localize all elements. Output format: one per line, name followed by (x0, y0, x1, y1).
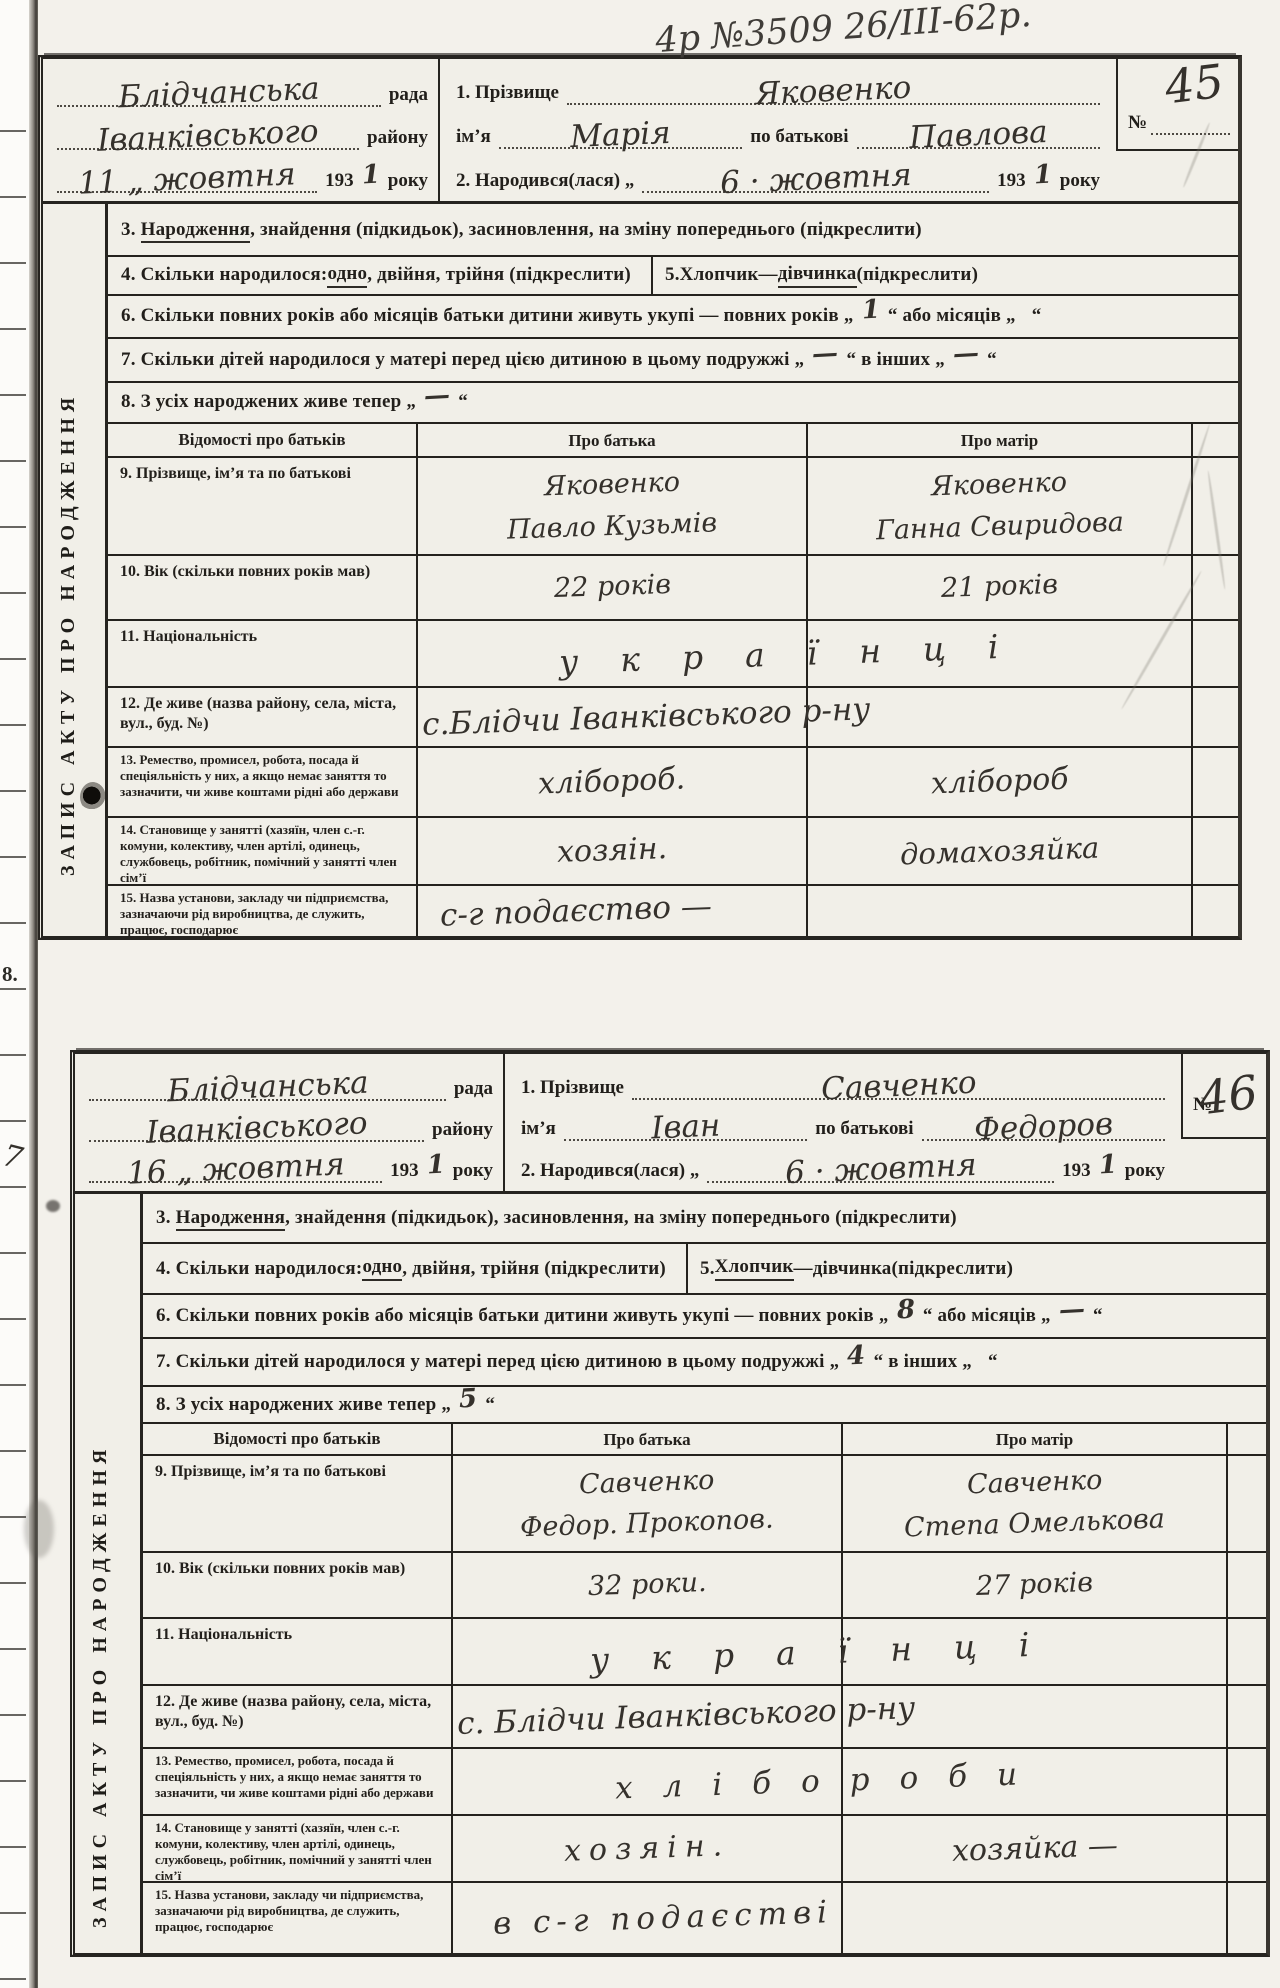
birth-record-46: ЗАПИС АКТУ ПРО НАРОДЖЕННЯ Блідчанська ра… (70, 1050, 1270, 1957)
child-name-block: 1. Прізвище Савченко ім’я Іван по батько… (505, 1054, 1181, 1191)
parents-info-header: Відомості про батьків (108, 424, 418, 456)
row12-label: 12. Де живе (назва району, села, міста, … (108, 688, 418, 746)
children-this-marriage-value: 4 (839, 1348, 874, 1365)
residence-mother-cell (808, 688, 1193, 746)
row7-pre: 7. Скільки дітей народилося у матері пер… (156, 1351, 839, 1372)
notes-column (1193, 886, 1238, 936)
row4-underlined: одно (327, 263, 367, 288)
row3-post: , знайдення (підкидьок), засиновлення, н… (250, 219, 922, 240)
row5-dash: — (794, 1258, 813, 1280)
mother-surname: Яковенко (931, 469, 1068, 502)
notes-column (1193, 748, 1238, 816)
record-number-box: № 46 (1181, 1054, 1266, 1139)
children-other-value (972, 1364, 988, 1365)
father-status-cell: хозяін. (453, 1816, 843, 1881)
notes-column (1228, 1883, 1266, 1953)
ink-blot (80, 782, 106, 812)
mother-name: Ганна Свиридова (875, 508, 1124, 545)
raion-label: району (367, 127, 428, 150)
mother-age-cell: 21 років (808, 556, 1193, 619)
residence-father-cell (453, 1686, 843, 1747)
number-line: № (1128, 112, 1230, 135)
row6-end: “ (1093, 1305, 1103, 1326)
row9-label: 9. Прізвище, ім’я та по батькові (143, 1456, 453, 1551)
row4-pre: 4. Скільки народилося: (156, 1258, 362, 1280)
residence-mother-cell (843, 1686, 1228, 1747)
row4-post: , двійня, трійня (підкреслити) (367, 264, 631, 286)
father-name: Федор. Прокопов. (520, 1505, 774, 1542)
field-children-before: 7. Скільки дітей народилося у матері пер… (108, 339, 1238, 382)
row12-label: 12. Де живе (назва району, села, міста, … (143, 1686, 453, 1747)
row15-label: 15. Назва установи, закладу чи підприємс… (108, 886, 418, 936)
notes-column (1193, 688, 1238, 746)
parents-info-header: Відомості про батьків (143, 1424, 453, 1454)
surname-line: 1. Прізвище Савченко (521, 1058, 1165, 1100)
notes-column (1228, 1456, 1266, 1551)
nationality-mother-cell (843, 1619, 1228, 1684)
field-alive-now: 8. З усіх народжених живе тепер „5“ (143, 1387, 1266, 1424)
row-parent-ages: 10. Вік (скільки повних років мав) 22 ро… (108, 556, 1238, 621)
row4-pre: 4. Скільки народилося: (121, 264, 327, 286)
birth-year-label: 1931року (997, 170, 1100, 193)
father-status: хозяін. (556, 833, 667, 868)
field-birth-type: 3. Народження, знайдення (підкидьок), за… (108, 204, 1238, 257)
page-fold-edge (29, 0, 38, 1988)
row8-pre: 8. З усіх народжених живе тепер „ (121, 391, 416, 412)
patronymic-fill: Павлова (857, 123, 1100, 149)
surname-label: 1. Прізвище (521, 1077, 624, 1100)
row-institution: 15. Назва установи, закладу чи підприємс… (143, 1883, 1266, 1953)
mother-occupation: хлібороб (930, 764, 1069, 800)
dotted-line (1151, 113, 1230, 135)
row-residence: 12. Де живе (назва району, села, міста, … (143, 1686, 1266, 1749)
year-prefix: 193 (390, 1160, 419, 1181)
field-birth-count: 4. Скільки народилося: одно, двійня, трі… (143, 1244, 688, 1293)
birth-year-label: 1931року (1062, 1160, 1165, 1183)
council-line: Блідчанська рада (89, 1060, 493, 1101)
reg-date-fill: 16 „ жовтня (89, 1157, 382, 1183)
patronymic-label: по батькові (815, 1118, 913, 1141)
institution-father-cell (418, 886, 808, 936)
birth-date-fill: 6 · жовтня (707, 1157, 1054, 1183)
reg-year-label: 1931року (325, 170, 428, 193)
children-other-value: — (945, 346, 988, 364)
mother-name-cell: Савченко Степа Омелькова (843, 1456, 1228, 1551)
row7-end: “ (987, 349, 997, 370)
row-occupation: 13. Ремество, промисел, робота, посада й… (108, 748, 1238, 818)
name-label: ім’я (456, 126, 491, 149)
mother-header: Про матір (808, 424, 1193, 456)
record-number: 46 (1197, 1069, 1261, 1122)
notes-column (1228, 1686, 1266, 1747)
father-surname: Яковенко (544, 469, 681, 502)
row5-post: (підкреслити) (892, 1258, 1014, 1280)
birth-date: 6 · жовтня (720, 166, 912, 193)
mother-header: Про матір (843, 1424, 1228, 1454)
row7-pre: 7. Скільки дітей народилося у матері пер… (121, 349, 804, 370)
field-sex: 5. Хлопчик—дівчинка (підкреслити) (688, 1244, 1266, 1293)
field-children-before: 7. Скільки дітей народилося у матері пер… (143, 1339, 1266, 1387)
year-prefix: 193 (1062, 1160, 1091, 1181)
child-name: Іван (651, 1117, 721, 1139)
row8-end: “ (458, 391, 468, 412)
record-header: Блідчанська рада Іванківського району 16… (75, 1054, 1266, 1194)
alive-now-value: 5 (451, 1391, 486, 1408)
months-together-value: — (1050, 1302, 1093, 1320)
mother-status-cell: хозяйка — (843, 1816, 1228, 1881)
child-name-block: 1. Прізвище Яковенко ім’я Марія по батьк… (440, 59, 1116, 201)
father-name-cell: Савченко Федор. Прокопов. (453, 1456, 843, 1551)
row5-pre: 5. (700, 1258, 715, 1280)
district-fill: Іванківського (57, 124, 359, 150)
patronymic-fill: Федоров (922, 1115, 1165, 1141)
reg-date-fill: 11 „ жовтня (57, 167, 317, 193)
district-fill: Іванківського (89, 1116, 424, 1142)
child-patronymic: Федоров (974, 1115, 1114, 1140)
row7-end: “ (988, 1351, 998, 1372)
father-age-cell: 22 років (418, 556, 808, 619)
name-label: ім’я (521, 1118, 556, 1141)
father-occupation-cell: хлібороб. (418, 748, 808, 816)
row-parent-names: 9. Прізвище, ім’я та по батькові Савченк… (143, 1456, 1266, 1553)
birth-date-line: 2. Народився(лася) „ 6 · жовтня 1931року (456, 151, 1100, 193)
mother-age: 21 років (941, 571, 1059, 603)
nationality-mother-cell (808, 621, 1193, 686)
council-block: Блідчанська рада Іванківського району 11… (43, 59, 440, 201)
name-line: ім’я Марія по батькові Павлова (456, 107, 1100, 149)
field-years-together: 6. Скільки повних років або місяців бать… (108, 296, 1238, 339)
council-name: Блідчанська (118, 80, 320, 107)
born-label: 2. Народився(лася) „ (521, 1160, 699, 1183)
row-parent-names: 9. Прізвище, ім’я та по батькові Яковенк… (108, 458, 1238, 556)
mother-status: домахозяйка (899, 832, 1099, 869)
father-age: 32 роки. (587, 1569, 706, 1601)
field-alive-now: 8. З усіх народжених живе тепер „—“ (108, 383, 1238, 425)
nationality-father-cell (453, 1619, 843, 1684)
scanned-birth-register-page: 8. 7 4р №3509 26/ІІІ-62р. ЗАПИС АКТУ ПРО… (0, 0, 1280, 1988)
father-header: Про батька (453, 1424, 843, 1454)
row15-label: 15. Назва установи, закладу чи підприємс… (143, 1883, 453, 1953)
row10-label: 10. Вік (скільки повних років мав) (108, 556, 418, 619)
row5-pre: 5. (665, 264, 680, 286)
birth-date-fill: 6 · жовтня (642, 167, 989, 193)
row-nationality: 11. Національність українці (108, 621, 1238, 688)
row-occupation: 13. Ремество, промисел, робота, посада й… (143, 1749, 1266, 1816)
row6-pre: 6. Скільки повних років або місяців бать… (121, 305, 854, 326)
registration-date: 11 „ жовтня (78, 165, 296, 193)
row3-pre: 3. (156, 1207, 176, 1228)
birth-year-digit: 1 (1090, 1157, 1125, 1174)
reg-year-label: 1931року (390, 1160, 493, 1183)
years-together-value: 8 (888, 1302, 923, 1319)
nationality-father-cell (418, 621, 808, 686)
ink-speck (46, 1200, 60, 1212)
notes-column (1193, 621, 1238, 686)
row8-end: “ (485, 1394, 495, 1415)
field-count-and-sex: 4. Скільки народилося: одно, двійня, трі… (143, 1244, 1266, 1295)
row14-label: 14. Становище у занятті (хазяїн, член с.… (143, 1816, 453, 1881)
row6-end: “ (1032, 305, 1042, 326)
mother-occupation-cell: хлібороб (808, 748, 1193, 816)
months-together-value (1016, 318, 1032, 319)
district-name: Іванківського (146, 1114, 368, 1142)
margin-note-8: 8. (2, 962, 18, 987)
child-surname: Савченко (821, 1073, 977, 1098)
mother-age-cell: 27 років (843, 1553, 1228, 1617)
raion-label: району (432, 1119, 493, 1142)
institution-father-cell (453, 1883, 843, 1953)
registration-date: 16 „ жовтня (127, 1155, 345, 1183)
record-number: 45 (1163, 58, 1227, 111)
row11-label: 11. Національність (143, 1619, 453, 1684)
reg-year-digit: 1 (418, 1157, 453, 1174)
father-header: Про батька (418, 424, 808, 456)
council-line: Блідчанська рада (57, 65, 428, 107)
surname-fill: Яковенко (567, 79, 1100, 105)
notes-column (1228, 1816, 1266, 1881)
child-surname: Яковенко (755, 79, 912, 104)
row-status: 14. Становище у занятті (хазяїн, член с.… (108, 818, 1238, 886)
roku-label: року (1060, 170, 1100, 191)
ruled-lines (0, 130, 26, 1980)
name-fill: Марія (499, 123, 742, 149)
mother-surname: Савченко (966, 1466, 1102, 1499)
mother-status-cell: домахозяйка (808, 818, 1193, 884)
mother-name: Степа Омелькова (904, 1505, 1166, 1542)
notes-column (1228, 1749, 1266, 1814)
row6-pre: 6. Скільки повних років або місяців бать… (156, 1305, 889, 1326)
row6-mid: “ або місяців „ (888, 305, 1016, 326)
mother-name-cell: Яковенко Ганна Свиридова (808, 458, 1193, 554)
notes-column (1228, 1619, 1266, 1684)
child-patronymic: Павлова (909, 123, 1048, 148)
notes-column (1193, 556, 1238, 619)
father-status: хозяін. (563, 1830, 730, 1867)
children-this-marriage-value: — (804, 346, 847, 364)
district-name: Іванківського (97, 122, 319, 150)
mother-age: 27 років (976, 1569, 1094, 1601)
notes-column (1228, 1424, 1266, 1454)
field-sex: 5. Хлопчик—дівчинка (підкреслити) (653, 257, 1238, 294)
father-surname: Савченко (579, 1466, 715, 1499)
row3-underlined: Народження (176, 1207, 286, 1231)
birth-year-digit: 1 (1025, 167, 1060, 184)
row3-underlined: Народження (141, 219, 251, 243)
field-birth-count: 4. Скільки народилося: одно, двійня, трі… (108, 257, 653, 294)
no-label: № (1128, 112, 1147, 135)
alive-now-value: — (416, 388, 459, 406)
surname-label: 1. Прізвище (456, 82, 559, 105)
residence-father-cell (418, 688, 808, 746)
row-nationality: 11. Національність українці (143, 1619, 1266, 1686)
row-parent-ages: 10. Вік (скільки повних років мав) 32 ро… (143, 1553, 1266, 1619)
row10-label: 10. Вік (скільки повних років мав) (143, 1553, 453, 1617)
council-block: Блідчанська рада Іванківського району 16… (75, 1054, 505, 1191)
row7-mid: “ в інших „ (874, 1351, 972, 1372)
parents-table-header: Відомості про батьків Про батька Про мат… (108, 424, 1238, 458)
council-name: Блідчанська (166, 1074, 368, 1101)
row5-girl-underlined: дівчинка (778, 263, 857, 288)
row11-label: 11. Національність (108, 621, 418, 686)
form-rows: 3. Народження, знайдення (підкидьок), за… (105, 204, 1238, 936)
year-prefix: 193 (997, 170, 1026, 191)
vertical-form-title: ЗАПИС АКТУ ПРО НАРОДЖЕННЯ (57, 224, 80, 876)
row-status: 14. Становище у занятті (хазяїн, член с.… (143, 1816, 1266, 1883)
patronymic-label: по батькові (750, 126, 848, 149)
row3-post: , знайдення (підкидьок), засиновлення, н… (285, 1207, 957, 1228)
mother-occupation-cell (843, 1749, 1228, 1814)
field-count-and-sex: 4. Скільки народилося: одно, двійня, трі… (108, 257, 1238, 296)
born-label: 2. Народився(лася) „ (456, 170, 634, 193)
row9-label: 9. Прізвище, ім’я та по батькові (108, 458, 418, 554)
father-name-cell: Яковенко Павло Кузьмів (418, 458, 808, 554)
notes-column (1228, 1553, 1266, 1617)
reg-year-digit: 1 (353, 167, 388, 184)
rada-label: рада (389, 84, 428, 107)
row8-pre: 8. З усіх народжених живе тепер „ (156, 1394, 451, 1415)
surname-line: 1. Прізвище Яковенко (456, 63, 1100, 105)
name-fill: Іван (564, 1115, 807, 1141)
father-occupation-cell (453, 1749, 843, 1814)
roku-label: року (388, 170, 428, 191)
vertical-form-title: ЗАПИС АКТУ ПРО НАРОДЖЕННЯ (89, 1209, 112, 1928)
institution-mother-cell (808, 886, 1193, 936)
birth-record-45: ЗАПИС АКТУ ПРО НАРОДЖЕННЯ Блідчанська ра… (38, 55, 1242, 940)
institution-mother-cell (843, 1883, 1228, 1953)
roku-label: року (453, 1160, 493, 1181)
year-prefix: 193 (325, 170, 354, 191)
notes-column (1193, 818, 1238, 884)
rada-label: рада (454, 1078, 493, 1101)
row-residence: 12. Де живе (назва району, села, міста, … (108, 688, 1238, 748)
mother-status: хозяйка — (951, 1830, 1118, 1867)
father-status-cell: хозяін. (418, 818, 808, 884)
field-years-together: 6. Скільки повних років або місяців бать… (143, 1295, 1266, 1338)
birth-date-line: 2. Народився(лася) „ 6 · жовтня 1931року (521, 1141, 1165, 1183)
field-birth-type: 3. Народження, знайдення (підкидьок), за… (143, 1194, 1266, 1244)
row13-label: 13. Ремество, промисел, робота, посада й… (108, 748, 418, 816)
row4-underlined: одно (362, 1256, 402, 1281)
row3-pre: 3. (121, 219, 141, 240)
birth-date: 6 · жовтня (785, 1156, 977, 1183)
form-rows: 3. Народження, знайдення (підкидьок), за… (140, 1194, 1266, 1953)
row5-boy: Хлопчик (680, 264, 759, 286)
row5-dash: — (759, 264, 778, 286)
father-name: Павло Кузьмів (507, 509, 718, 545)
gray-smudge (24, 1500, 54, 1558)
row14-label: 14. Становище у занятті (хазяїн, член с.… (108, 818, 418, 884)
row7-mid: “ в інших „ (846, 349, 944, 370)
district-line: Іванківського району (89, 1101, 493, 1142)
row5-boy-underlined: Хлопчик (715, 1256, 794, 1281)
child-name: Марія (570, 124, 671, 147)
years-together-value: 1 (853, 302, 888, 319)
row4-post: , двійня, трійня (підкреслити) (402, 1258, 666, 1280)
parents-table-header: Відомості про батьків Про батька Про мат… (143, 1424, 1266, 1456)
father-age: 22 років (553, 571, 671, 603)
row6-mid: “ або місяців „ (923, 1305, 1051, 1326)
father-occupation: хлібороб. (538, 764, 686, 801)
council-fill: Блідчанська (89, 1075, 446, 1101)
district-line: Іванківського району (57, 108, 428, 150)
council-fill: Блідчанська (57, 81, 381, 107)
record-number-box: 45 № (1116, 59, 1238, 151)
row5-girl: дівчинка (813, 1258, 892, 1280)
father-age-cell: 32 роки. (453, 1553, 843, 1617)
row5-post: (підкреслити) (857, 264, 979, 286)
row-institution: 15. Назва установи, закладу чи підприємс… (108, 886, 1238, 936)
surname-fill: Савченко (632, 1074, 1165, 1100)
record-header: Блідчанська рада Іванківського району 11… (43, 59, 1238, 204)
row13-label: 13. Ремество, промисел, робота, посада й… (143, 1749, 453, 1814)
roku-label: року (1125, 1160, 1165, 1181)
